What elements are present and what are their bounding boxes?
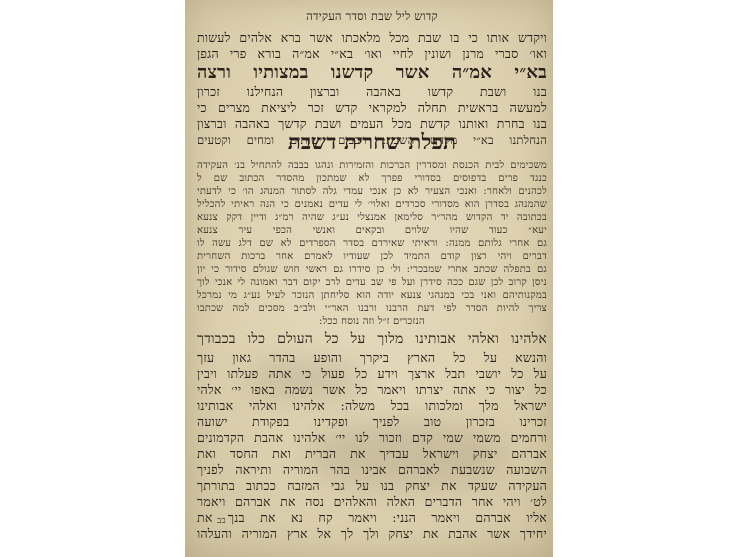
kiddush-line: למעשה בראשית תחלה למקראי קדש זכר ליציאת …: [197, 100, 547, 116]
prayer-line: יחידך אשר אהבת את יצחק ולך לך אל ארץ המו…: [197, 526, 547, 542]
prayer-line: לט׳ ויהי אחר הדברים האלה והאלהים נסה את …: [197, 494, 547, 510]
kiddush-line: בנו ושבת קדשו באהבה וברצון הנחילנו זכרון: [197, 84, 547, 100]
prayer-line: השבועה שנשבעת לאברהם אבינו בהר המוריה ות…: [197, 462, 547, 478]
prayer-line: על כל יושבי תבל ארצך וידע כל פעול כי אתה…: [197, 366, 547, 382]
prayer-line: ישראל מלך ומלכותו בכל משלה: אלהינו ואלהי…: [197, 398, 547, 414]
manuscript-page: קדוש ליל שבת וסדר העקידה ויקדש אותו כי ב…: [185, 0, 553, 557]
signature-mark: בב: [217, 515, 226, 526]
kiddush-line: ואו׳ סברי מרנן ושונין לחיי ואו׳ בא״י אמ״…: [197, 46, 547, 62]
prayer-line: אברהם יצחק וישראל עבדיך את הברית ואת החס…: [197, 446, 547, 462]
prayer-line: אלהינו ואלהי אבותינו מלוך על כל העולם כל…: [197, 328, 547, 350]
prayer-line: זכרינו בזכרון טוב לפניך ופקדינו בפקודת י…: [197, 414, 547, 430]
prayer-line: אליו אברהם ויאמר הנני: ויאמר קח נא את בנ…: [197, 510, 547, 526]
prayer-line: העקידה שעקד את יצחק בנו על גבי המזבח ככת…: [197, 478, 547, 494]
kiddush-line: ויקדש אותו כי בו שבת מכל מלאכתו אשר ברא …: [197, 30, 547, 46]
prayer-line: ורחמים משמי שמי קדם וזכור לנו יי׳ אלהינו…: [197, 430, 547, 446]
prayer-line: והנשא על כל הארץ ביקרך והופע בהדר גאון ע…: [197, 350, 547, 366]
section-title: תפלת שחרית דשבת: [197, 130, 547, 154]
prayer-line: כל יצור כי אתה יצרתו ויאמר כל אשר נשמה ב…: [197, 382, 547, 398]
running-head: קדוש ליל שבת וסדר העקידה: [197, 8, 547, 24]
kiddush-line: בא״י אמ״ה אשר קדשנו במצותיו ורצה: [197, 62, 547, 84]
